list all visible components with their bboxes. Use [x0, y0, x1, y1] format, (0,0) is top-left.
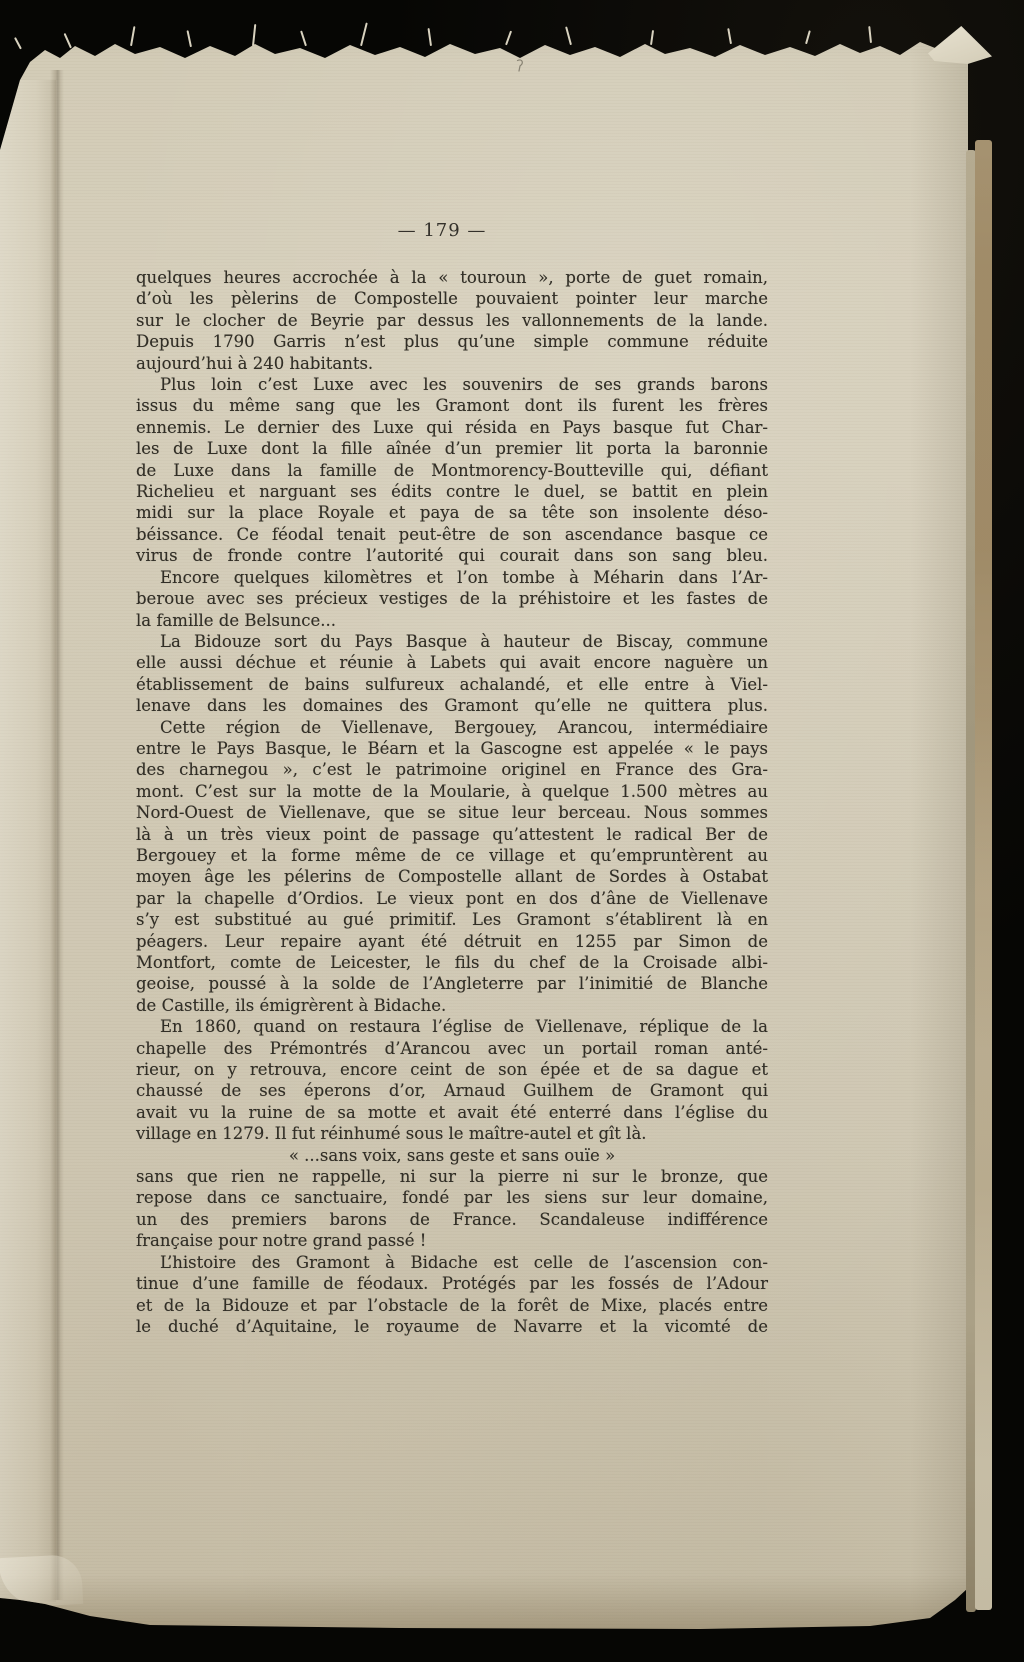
text-line: La Bidouze sort du Pays Basque à hauteur… — [136, 631, 768, 652]
text-line: repose dans ce sanctuaire, fondé par les… — [136, 1187, 768, 1208]
text-line: tinue d’une famille de féodaux. Protégés… — [136, 1273, 768, 1294]
paragraph: Plus loin c’est Luxe avec les souvenirs … — [136, 374, 768, 567]
text-line: rieur, on y retrouva, encore ceint de so… — [136, 1059, 768, 1080]
torn-paper-fiber — [505, 31, 512, 46]
text-line: elle aussi déchue et réunie à Labets qui… — [136, 652, 768, 673]
gutter-crease-shadow — [50, 70, 64, 1600]
text-line: En 1860, quand on restaura l’église de V… — [136, 1016, 768, 1037]
torn-paper-fiber — [300, 30, 307, 46]
torn-paper-fiber — [130, 26, 135, 46]
text-line: sur le clocher de Beyrie par dessus les … — [136, 310, 768, 331]
text-line: L’histoire des Gramont à Bidache est cel… — [136, 1252, 768, 1273]
text-line: Montfort, comte de Leicester, le fils du… — [136, 952, 768, 973]
text-line: par la chapelle d’Ordios. Le vieux pont … — [136, 888, 768, 909]
text-line: Richelieu et narguant ses édits contre l… — [136, 481, 768, 502]
text-line: Cette région de Viellenave, Bergouey, Ar… — [136, 717, 768, 738]
text-line: mont. C’est sur la motte de la Moularie,… — [136, 781, 768, 802]
torn-paper-fiber — [805, 30, 811, 44]
text-line: sans que rien ne rappelle, ni sur la pie… — [136, 1166, 768, 1187]
text-line: ennemis. Le dernier des Luxe qui résida … — [136, 417, 768, 438]
text-line: de Castille, ils émigrèrent à Bidache. — [136, 995, 768, 1016]
torn-paper-fiber — [360, 22, 368, 46]
text-line: Encore quelques kilomètres et l’on tombe… — [136, 567, 768, 588]
paragraph: quelques heures accrochée à la « touroun… — [136, 267, 768, 374]
paragraph: sans que rien ne rappelle, ni sur la pie… — [136, 1166, 768, 1252]
text-line: un des premiers barons de France. Scanda… — [136, 1209, 768, 1230]
text-line: Nord-Ouest de Viellenave, que se situe l… — [136, 802, 768, 823]
text-line: française pour notre grand passé ! — [136, 1230, 768, 1251]
text-line: lenave dans les domaines des Gramont qu’… — [136, 695, 768, 716]
text-line: péagers. Leur repaire ayant été détruit … — [136, 931, 768, 952]
paragraph: Encore quelques kilomètres et l’on tombe… — [136, 567, 768, 631]
torn-paper-fiber — [14, 37, 22, 49]
text-line: la famille de Belsunce... — [136, 610, 768, 631]
torn-paper-fiber — [186, 30, 191, 47]
torn-paper-fiber — [650, 30, 654, 45]
page-stack-edge-outer — [975, 140, 992, 1610]
text-line: chapelle des Prémontrés d’Arancou avec u… — [136, 1038, 768, 1059]
book-page: — 179 — quelques heures accrochée à la «… — [0, 0, 968, 1640]
text-line: là à un très vieux point de passage qu’a… — [136, 824, 768, 845]
torn-paper-fiber — [868, 26, 872, 43]
page-body-text: quelques heures accrochée à la « touroun… — [136, 267, 768, 1337]
bottom-page-curl — [0, 1554, 83, 1608]
text-line: chaussé de ses éperons d’or, Arnaud Guil… — [136, 1080, 768, 1101]
scan-background: — 179 — quelques heures accrochée à la «… — [0, 0, 1024, 1662]
scan-artifact-mark — [516, 58, 525, 77]
torn-corner-flap — [928, 26, 992, 64]
text-line: village en 1279. Il fut réinhumé sous le… — [136, 1123, 768, 1144]
text-line: de Luxe dans la famille de Montmorency-B… — [136, 460, 768, 481]
paragraph: Cette région de Viellenave, Bergouey, Ar… — [136, 717, 768, 1017]
torn-paper-fiber — [428, 28, 432, 46]
gutter-page-curve — [0, 80, 56, 1602]
paragraph: La Bidouze sort du Pays Basque à hauteur… — [136, 631, 768, 717]
text-line: d’où les pèlerins de Compostelle pouvaie… — [136, 288, 768, 309]
text-line: midi sur la place Royale et paya de sa t… — [136, 502, 768, 523]
text-line: issus du même sang que les Gramont dont … — [136, 395, 768, 416]
paragraph: « ...sans voix, sans geste et sans ouïe … — [136, 1145, 768, 1166]
text-line: virus de fronde contre l’autorité qui co… — [136, 545, 768, 566]
text-line: entre le Pays Basque, le Béarn et la Gas… — [136, 738, 768, 759]
torn-paper-fiber — [64, 33, 72, 48]
paragraph: L’histoire des Gramont à Bidache est cel… — [136, 1252, 768, 1338]
text-line: et de la Bidouze et par l’obstacle de la… — [136, 1295, 768, 1316]
page-number: — 179 — — [136, 220, 748, 241]
text-line: moyen âge les pélerins de Compostelle al… — [136, 866, 768, 887]
text-line: beroue avec ses précieux vestiges de la … — [136, 588, 768, 609]
text-line: Plus loin c’est Luxe avec les souvenirs … — [136, 374, 768, 395]
text-line: Bergouey et la forme même de ce village … — [136, 845, 768, 866]
text-line: avait vu la ruine de sa motte et avait é… — [136, 1102, 768, 1123]
text-line: « ...sans voix, sans geste et sans ouïe … — [136, 1145, 768, 1166]
paragraph: En 1860, quand on restaura l’église de V… — [136, 1016, 768, 1144]
text-line: Depuis 1790 Garris n’est plus qu’une sim… — [136, 331, 768, 352]
text-line: aujourd’hui à 240 habitants. — [136, 353, 768, 374]
torn-paper-fiber — [252, 24, 256, 46]
text-line: quelques heures accrochée à la « touroun… — [136, 267, 768, 288]
text-line: le duché d’Aquitaine, le royaume de Nava… — [136, 1316, 768, 1337]
torn-paper-fiber — [727, 28, 732, 44]
text-line: s’y est substitué au gué primitif. Les G… — [136, 909, 768, 930]
text-line: geoise, poussé à la solde de l’Angleterr… — [136, 973, 768, 994]
text-line: béissance. Ce féodal tenait peut-être de… — [136, 524, 768, 545]
text-line: établissement de bains sulfureux achalan… — [136, 674, 768, 695]
text-line: les de Luxe dont la fille aînée d’un pre… — [136, 438, 768, 459]
stray-mark-glyph — [516, 58, 525, 73]
text-line: des charnegou », c’est le patrimoine ori… — [136, 759, 768, 780]
torn-paper-fiber — [565, 26, 572, 45]
